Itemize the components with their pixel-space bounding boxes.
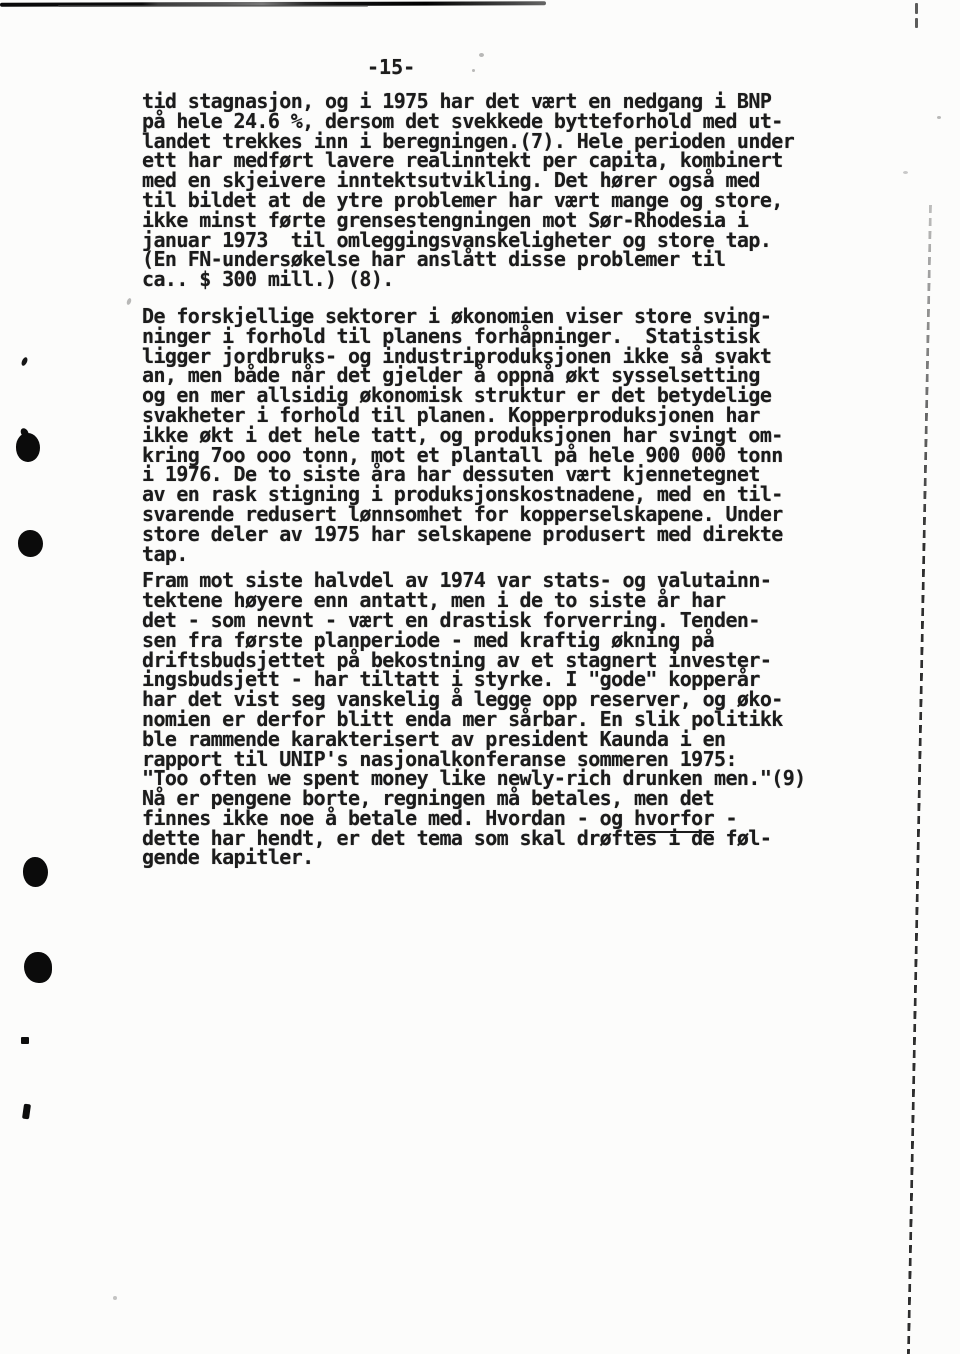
scan-speck	[937, 116, 941, 119]
scan-top-edge-line-shadow	[58, 5, 368, 7]
text-line: ca.. $ 300 mill.) (8).	[142, 270, 862, 290]
text-line: store deler av 1975 har selskapene produ…	[142, 525, 862, 545]
page-number: -15-	[367, 55, 415, 79]
ink-dot	[16, 433, 40, 462]
document-text: tid stagnasjon, og i 1975 har det vært e…	[142, 92, 862, 868]
paragraph: De forskjellige sektorer i økonomien vis…	[142, 307, 862, 564]
ink-dot	[24, 952, 52, 983]
text-line: tap.	[142, 545, 862, 565]
scan-speck	[113, 1296, 117, 1300]
text-line: gende kapitler.	[142, 848, 862, 868]
scan-right-edge-dash	[915, 3, 918, 14]
scan-right-edge-dash	[915, 18, 918, 28]
ink-mark-small	[20, 356, 28, 366]
scan-top-edge-line	[0, 1, 546, 6]
scan-speck	[903, 171, 908, 174]
ink-dot	[23, 857, 48, 887]
ink-mark-square	[21, 1037, 29, 1044]
scan-right-edge-dashed-line	[907, 205, 932, 1354]
scan-speck	[479, 53, 484, 57]
scan-speck	[472, 69, 475, 72]
paragraph: tid stagnasjon, og i 1975 har det vært e…	[142, 92, 862, 290]
ink-dot	[18, 530, 43, 557]
document-page: -15- tid stagnasjon, og i 1975 har det v…	[0, 0, 960, 1354]
ink-mark-tick	[22, 1104, 31, 1120]
paragraph: Fram mot siste halvdel av 1974 var stats…	[142, 571, 862, 868]
scan-speck	[126, 298, 132, 306]
